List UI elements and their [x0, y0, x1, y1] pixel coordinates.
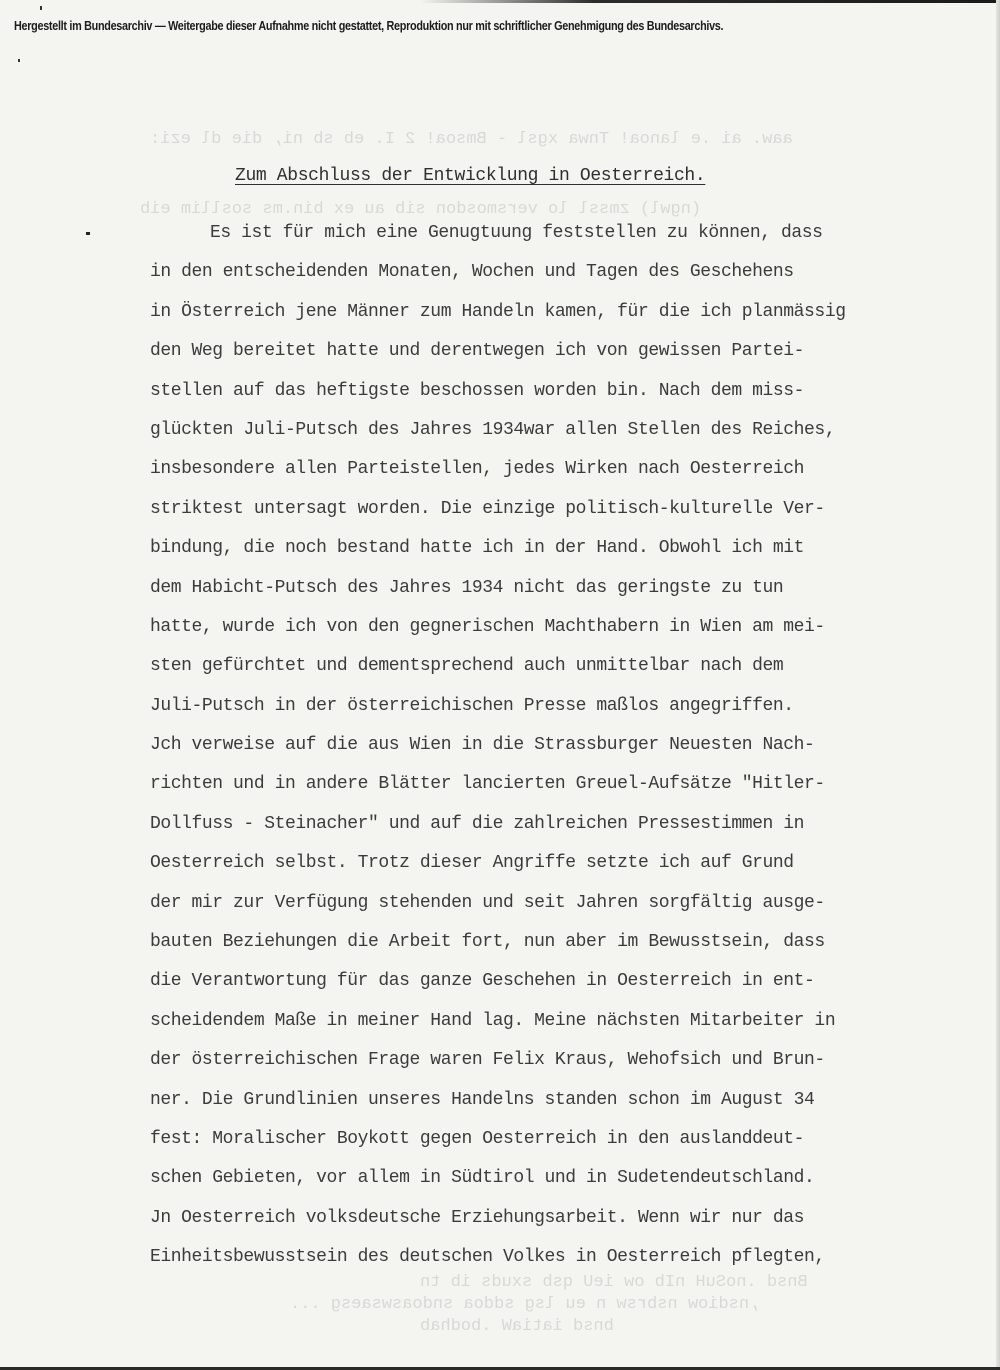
text-line: glückten Juli-Putsch des Jahres 1934war …	[150, 420, 990, 459]
text-line: in Österreich jene Männer zum Handeln ka…	[150, 302, 990, 341]
bleed-through-text: aaw. ai .e lanoa! Tnwa xgsl - Bmsoa! 2 I…	[150, 130, 793, 149]
bleed-through-text: bnsd iatiaW .bodhab	[420, 1317, 614, 1336]
scan-mark	[40, 6, 42, 10]
text-line: Jn Oesterreich volksdeutsche Erziehungsa…	[150, 1208, 990, 1247]
bleed-through-text: (ngwl) zmssl lo versmosdon sib au ex bin…	[140, 200, 701, 219]
text-line: scheidendem Maße in meiner Hand lag. Mei…	[150, 1011, 990, 1050]
text-line: sten gefürchtet und dementsprechend auch…	[150, 656, 990, 695]
text-line: insbesondere allen Parteistellen, jedes …	[150, 459, 990, 498]
scan-mark	[18, 59, 20, 62]
document-title: Zum Abschluss der Entwicklung in Oesterr…	[235, 166, 705, 186]
text-line: dem Habicht-Putsch des Jahres 1934 nicht…	[150, 578, 990, 617]
text-line: Oesterreich selbst. Trotz dieser Angriff…	[150, 853, 990, 892]
text-line: in den entscheidenden Monaten, Wochen un…	[150, 262, 990, 301]
text-line: der mir zur Verfügung stehenden und seit…	[150, 893, 990, 932]
text-line: ner. Die Grundlinien unseres Handelns st…	[150, 1090, 990, 1129]
text-line: stellen auf das heftigste beschossen wor…	[150, 381, 990, 420]
archive-notice: Hergestellt im Bundesarchiv — Weitergabe…	[14, 19, 723, 33]
text-line: striktest untersagt worden. Die einzige …	[150, 499, 990, 538]
document-body: Es ist für mich eine Genugtuung feststel…	[150, 223, 990, 1287]
margin-mark	[86, 232, 90, 235]
text-line: der österreichischen Frage waren Felix K…	[150, 1050, 990, 1089]
text-line: die Verantwortung für das ganze Geschehe…	[150, 971, 990, 1010]
text-line: Einheitsbewusstsein des deutschen Volkes…	[150, 1247, 990, 1286]
text-line: hatte, wurde ich von den gegnerischen Ma…	[150, 617, 990, 656]
text-line: Es ist für mich eine Genugtuung feststel…	[150, 223, 990, 262]
text-line: Juli-Putsch in der österreichischen Pres…	[150, 696, 990, 735]
text-line: Dollfuss - Steinacher" und auf die zahlr…	[150, 814, 990, 853]
bleed-through-text: ,nsdiow nsbrsw n eu lsg sddoa sndoaswsae…	[290, 1295, 759, 1314]
text-line: bauten Beziehungen die Arbeit fort, nun …	[150, 932, 990, 971]
text-line: bindung, die noch bestand hatte ich in d…	[150, 538, 990, 577]
scan-right-edge	[996, 0, 1000, 1370]
text-line: fest: Moralischer Boykott gegen Oesterre…	[150, 1129, 990, 1168]
scan-top-edge	[420, 0, 1000, 3]
text-line: den Weg bereitet hatte und derentwegen i…	[150, 341, 990, 380]
text-line: schen Gebieten, vor allem in Südtirol un…	[150, 1168, 990, 1207]
text-line: Jch verweise auf die aus Wien in die Str…	[150, 735, 990, 774]
text-line: richten und in andere Blätter lancierten…	[150, 774, 990, 813]
